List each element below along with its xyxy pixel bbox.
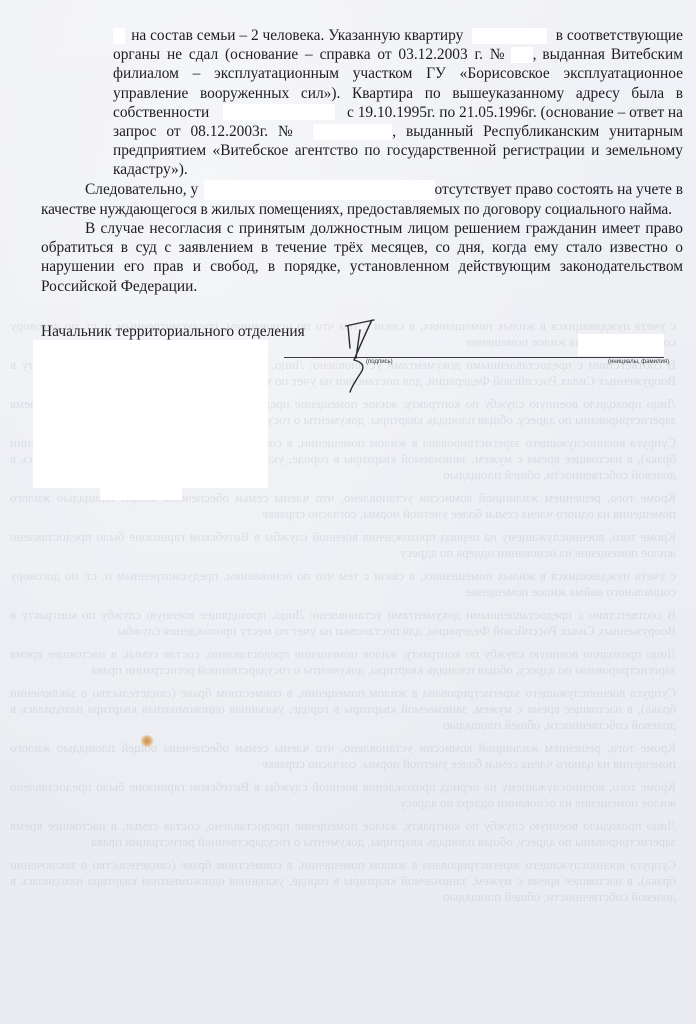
p1-line-7: предприятием «Витебское агентство по гос…	[113, 141, 683, 160]
paragraph-appeal-rights: В случае несогласия с принятым должностн…	[41, 219, 683, 296]
p1-line-2: органы не сдал (основание – справка от 0…	[113, 45, 683, 64]
redaction-name	[578, 334, 664, 356]
p1-line-3: филиалом – эксплуатационным участком ГУ …	[113, 64, 683, 83]
redaction	[313, 124, 393, 140]
p1-line-5: собственности с 19.10.1995г. по 21.05.19…	[113, 103, 683, 122]
p1-line-4: управление вооруженных сил»). Квартира п…	[113, 84, 683, 103]
p3-line-3: нарушении его прав и свобод, в порядке, …	[41, 257, 683, 276]
paragraph-conclusion: Следовательно, у отсутствует право состо…	[41, 180, 683, 219]
redaction-block	[33, 340, 268, 488]
p1-line-6: запрос от 08.12.2003г. № , выданный Респ…	[113, 122, 683, 141]
p3-line-2: обратиться в суд с заявлением в течение …	[41, 238, 683, 257]
name-caption: (инициалы, фамилия)	[608, 359, 669, 365]
p2-line-2: качестве нуждающегося в жилых помещениях…	[41, 200, 683, 219]
paragraph-housing-details: на состав семьи – 2 человека. Указанную …	[113, 26, 683, 180]
p2-line-1: Следовательно, у отсутствует право состо…	[41, 180, 683, 200]
p1-line-8: кадастру»).	[113, 160, 683, 179]
scan-smudge	[140, 735, 154, 747]
p3-line-4: Российской Федерации.	[41, 277, 683, 296]
signatory-title: Начальник территориального отделения	[41, 322, 305, 341]
redaction	[113, 28, 125, 44]
p3-line-1: В случае несогласия с принятым должностн…	[41, 219, 683, 238]
redaction	[472, 28, 547, 44]
redaction	[223, 104, 335, 120]
redaction-block	[100, 488, 182, 500]
redaction	[511, 47, 533, 63]
handwritten-signature	[340, 318, 380, 398]
p1-line-1: на состав семьи – 2 человека. Указанную …	[113, 26, 683, 45]
redaction	[204, 180, 434, 200]
